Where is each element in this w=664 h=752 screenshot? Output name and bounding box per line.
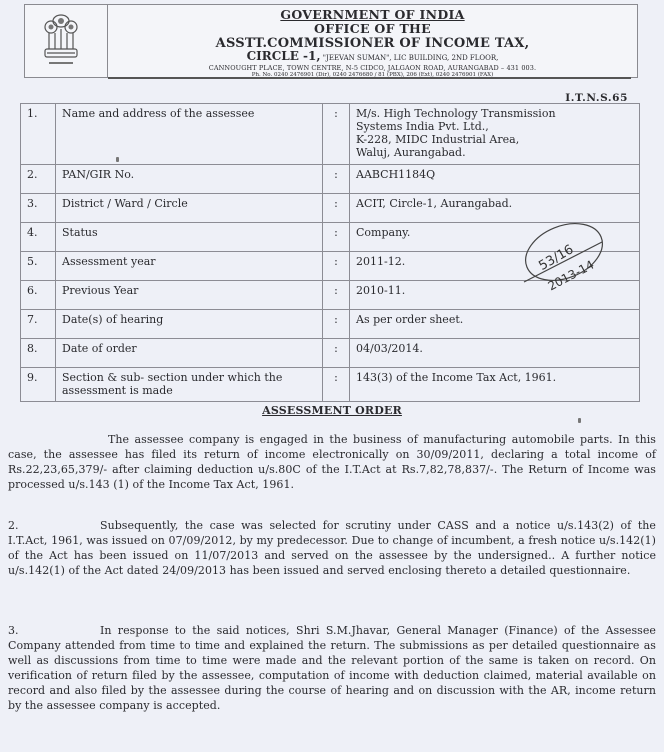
paragraph-number: 3. [8, 623, 100, 638]
row-number: 4. [21, 223, 56, 252]
particulars-row: 2.PAN/GIR No.:AABCH1184Q [21, 165, 640, 194]
row-label: Name and address of the assessee [56, 104, 323, 165]
row-label: Date(s) of hearing [56, 310, 323, 339]
letterhead: GOVERNMENT OF INDIA OFFICE OF THE ASSTT.… [24, 4, 638, 78]
row-value: As per order sheet. [350, 310, 640, 339]
row-label: District / Ward / Circle [56, 194, 323, 223]
government-heading: GOVERNMENT OF INDIA [108, 7, 637, 22]
row-number: 8. [21, 339, 56, 368]
row-colon: : [323, 104, 350, 165]
order-paragraph-2: 2.Subsequently, the case was selected fo… [8, 518, 656, 578]
paragraph-number: 2. [8, 518, 100, 533]
row-colon: : [323, 223, 350, 252]
row-value: 2011-12. [350, 252, 640, 281]
row-value: Company. [350, 223, 640, 252]
office-address-block: GOVERNMENT OF INDIA OFFICE OF THE ASSTT.… [108, 5, 637, 77]
value-line: M/s. High Technology Transmission [356, 107, 633, 120]
emblem-box [25, 5, 108, 77]
particulars-table: 1.Name and address of the assessee:M/s. … [20, 103, 640, 402]
value-line: 2010-11. [356, 284, 633, 297]
row-label: Status [56, 223, 323, 252]
value-line: Waluj, Aurangabad. [356, 146, 633, 159]
particulars-row: 8.Date of order:04/03/2014. [21, 339, 640, 368]
order-title: ASSESSMENT ORDER [0, 404, 664, 417]
row-colon: : [323, 281, 350, 310]
value-line: AABCH1184Q [356, 168, 633, 181]
particulars-row: 6.Previous Year:2010-11. [21, 281, 640, 310]
value-line: K-228, MIDC Industrial Area, [356, 133, 633, 146]
row-label: PAN/GIR No. [56, 165, 323, 194]
scan-speck [116, 157, 119, 162]
row-number: 5. [21, 252, 56, 281]
row-value: AABCH1184Q [350, 165, 640, 194]
national-emblem-icon [39, 11, 83, 67]
value-line: 04/03/2014. [356, 342, 633, 355]
particulars-row: 1.Name and address of the assessee:M/s. … [21, 104, 640, 165]
value-line: ACIT, Circle-1, Aurangabad. [356, 197, 633, 210]
row-label: Assessment year [56, 252, 323, 281]
row-label: Section & sub- section under which the a… [56, 368, 323, 402]
row-number: 6. [21, 281, 56, 310]
row-colon: : [323, 310, 350, 339]
row-number: 7. [21, 310, 56, 339]
row-number: 9. [21, 368, 56, 402]
assessment-order-document: GOVERNMENT OF INDIA OFFICE OF THE ASSTT.… [0, 0, 664, 752]
row-colon: : [323, 165, 350, 194]
header-rule [108, 77, 631, 79]
row-colon: : [323, 368, 350, 402]
scan-speck [578, 418, 581, 423]
paragraph-text: The assessee company is engaged in the b… [8, 433, 656, 491]
value-line: 2011-12. [356, 255, 633, 268]
row-number: 2. [21, 165, 56, 194]
row-value: ACIT, Circle-1, Aurangabad. [350, 194, 640, 223]
row-number: 1. [21, 104, 56, 165]
circle-label: CIRCLE -1, [247, 49, 321, 63]
value-line: As per order sheet. [356, 313, 633, 326]
row-value: 143(3) of the Income Tax Act, 1961. [350, 368, 640, 402]
paragraph-text: Subsequently, the case was selected for … [8, 519, 656, 577]
building-address: "JEEVAN SUMAN", LIC BUILDING, 2ND FLOOR, [321, 54, 499, 62]
row-colon: : [323, 194, 350, 223]
row-label: Previous Year [56, 281, 323, 310]
street-address-line: CANNOUGHT PLACE, TOWN CENTRE, N-5 CIDCO,… [108, 64, 637, 72]
paragraph-text: In response to the said notices, Shri S.… [8, 624, 656, 712]
row-value: 2010-11. [350, 281, 640, 310]
particulars-row: 3.District / Ward / Circle:ACIT, Circle-… [21, 194, 640, 223]
particulars-row: 7.Date(s) of hearing:As per order sheet. [21, 310, 640, 339]
circle-address-line: CIRCLE -1, "JEEVAN SUMAN", LIC BUILDING,… [108, 51, 637, 64]
row-label: Date of order [56, 339, 323, 368]
row-value: M/s. High Technology TransmissionSystems… [350, 104, 640, 165]
row-colon: : [323, 252, 350, 281]
value-line: Company. [356, 226, 633, 239]
order-paragraph-1: The assessee company is engaged in the b… [8, 432, 656, 492]
particulars-row: 5.Assessment year:2011-12. [21, 252, 640, 281]
value-line: 143(3) of the Income Tax Act, 1961. [356, 371, 633, 384]
row-value: 04/03/2014. [350, 339, 640, 368]
order-paragraph-3: 3.In response to the said notices, Shri … [8, 623, 656, 713]
value-line: Systems India Pvt. Ltd., [356, 120, 633, 133]
particulars-row: 9.Section & sub- section under which the… [21, 368, 640, 402]
particulars-row: 4.Status:Company. [21, 223, 640, 252]
row-number: 3. [21, 194, 56, 223]
row-colon: : [323, 339, 350, 368]
commissioner-heading: ASSTT.COMMISSIONER OF INCOME TAX, [108, 36, 637, 51]
office-heading: OFFICE OF THE [108, 22, 637, 36]
